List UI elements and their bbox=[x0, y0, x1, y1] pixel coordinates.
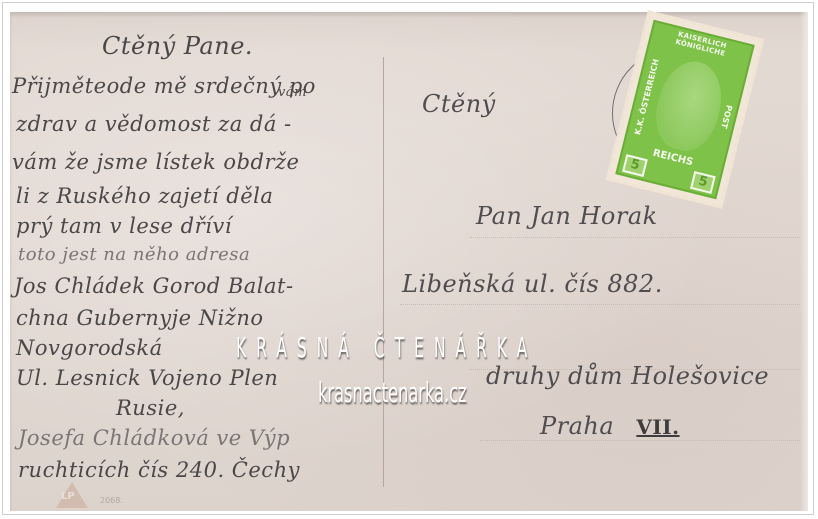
message-line: Ul. Lesnick Vojeno Plen bbox=[16, 366, 278, 390]
message-salutation: Ctěný Pane. bbox=[102, 32, 253, 60]
address-line-district: druhy dům Holešovice bbox=[486, 362, 769, 390]
watermark-title: KRÁSNÁ ČTENÁŘKA bbox=[236, 331, 537, 364]
city-name: Praha bbox=[540, 412, 614, 440]
postcard-divider-line bbox=[383, 57, 384, 487]
message-line: zdrav a vědomost za dá - bbox=[16, 112, 292, 136]
message-line: li z Ruského zajetí děla bbox=[16, 184, 273, 208]
message-line: Jos Chládek Gorod Balat- bbox=[14, 274, 294, 298]
city-district: VII. bbox=[636, 415, 679, 439]
watermark-url: krasnactenarka.cz bbox=[318, 376, 467, 409]
address-line-city: Praha VII. bbox=[540, 412, 680, 440]
stamp-value-right: 5 bbox=[690, 171, 716, 194]
address-line-name: Pan Jan Horak bbox=[476, 202, 658, 230]
message-line: Rusie, bbox=[116, 396, 185, 420]
address-salutation: Ctěný bbox=[422, 90, 496, 118]
message-line: ruchticích čís 240. Čechy bbox=[18, 458, 300, 482]
stamp-value-left: 5 bbox=[622, 154, 648, 177]
message-line: toto jest na něho adresa bbox=[18, 244, 250, 265]
address-line-street: Libeňská ul. čís 882. bbox=[402, 270, 663, 298]
message-line: vám že jsme lístek obdrže bbox=[12, 150, 299, 174]
publisher-number: 2068. bbox=[100, 496, 123, 505]
message-line: Přijměteode mě srdečný po bbox=[12, 74, 316, 98]
address-line bbox=[470, 237, 800, 238]
message-line: Novgorodská bbox=[16, 336, 163, 360]
message-line: prý tam v lese dříví bbox=[16, 214, 232, 238]
message-line: chna Gubernyje Nižno bbox=[16, 306, 264, 330]
message-line: Josefa Chládková ve Výp bbox=[18, 426, 290, 450]
address-line bbox=[480, 440, 800, 441]
publisher-logo-mark: LP bbox=[61, 491, 75, 502]
address-line bbox=[400, 304, 800, 305]
